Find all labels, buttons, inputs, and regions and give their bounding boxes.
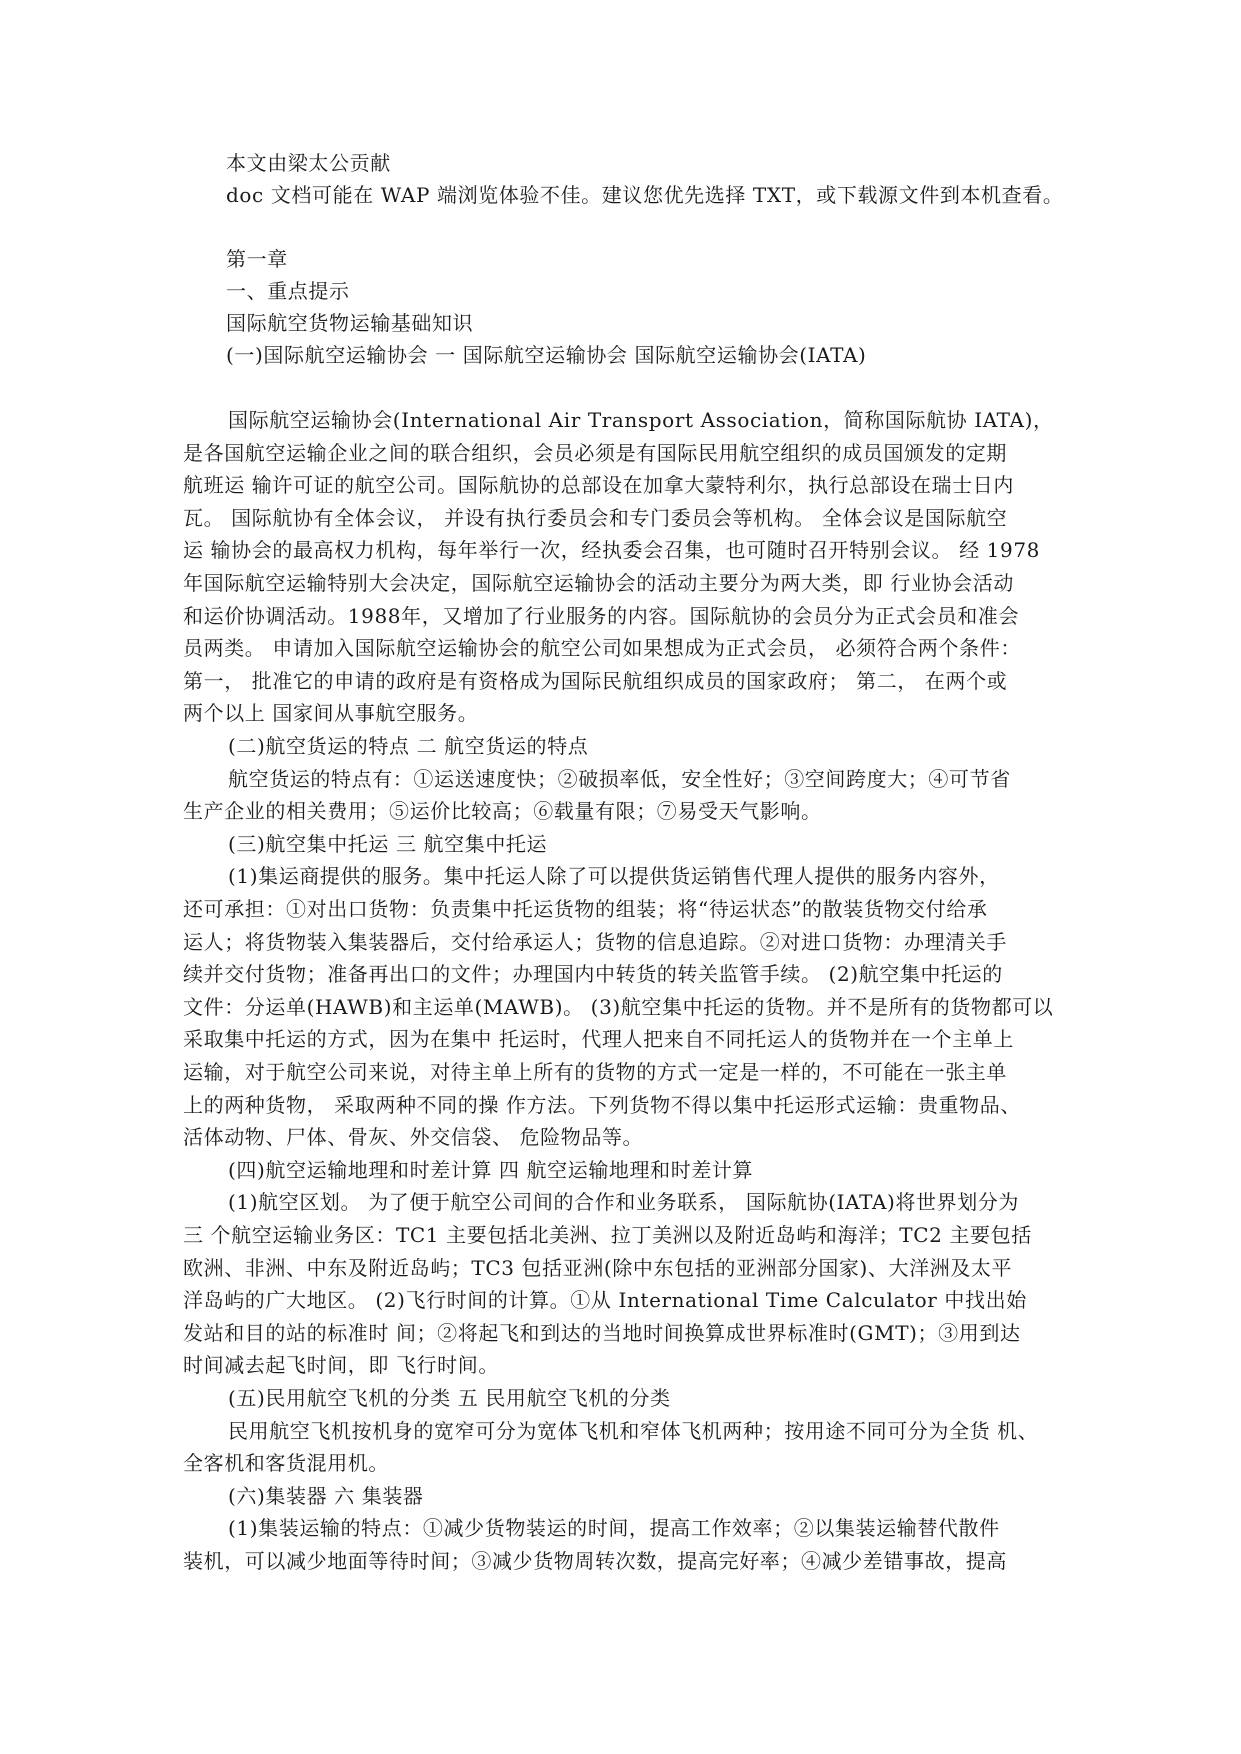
body-line: (1)航空区划。 为了便于航空公司间的合作和业务联系， 国际航协(IATA)将世… — [228, 1186, 1019, 1218]
body-line: 航空货运的特点有：①运送速度快；②破损率低，安全性好；③空间跨度大；④可节省 — [228, 763, 1011, 795]
body-line: 国际航空运输协会(International Air Transport Ass… — [228, 404, 1054, 436]
body-line: 洋岛屿的广大地区。 (2)飞行时间的计算。①从 International Ti… — [183, 1284, 1027, 1316]
body-line: 运输，对于航空公司来说，对待主单上所有的货物的方式一定是一样的，不可能在一张主单 — [183, 1056, 1007, 1088]
body-line: 欧洲、非洲、中东及附近岛屿；TC3 包括亚洲(除中东包括的亚洲部分国家)、大洋洲… — [183, 1252, 1012, 1284]
document-page: 本文由梁太公贡献 doc 文档可能在 WAP 端浏览体验不佳。建议您优先选择 T… — [0, 0, 1241, 1754]
subject-title: 国际航空货物运输基础知识 — [226, 307, 473, 339]
body-line: 年国际航空运输特别大会决定，国际航空运输协会的活动主要分为两大类，即 行业协会活… — [183, 567, 1014, 599]
body-line: 生产企业的相关费用；⑤运价比较高；⑥载量有限；⑦易受天气影响。 — [183, 795, 822, 827]
body-line: 上的两种货物， 采取两种不同的操 作方法。下列货物不得以集中托运形式运输：贵重物… — [183, 1089, 1021, 1121]
body-line: 航班运 输许可证的航空公司。国际航协的总部设在加拿大蒙特利尔，执行总部设在瑞士日… — [183, 469, 1014, 501]
body-line: 三 个航空运输业务区：TC1 主要包括北美洲、拉丁美洲以及附近岛屿和海洋；TC2… — [183, 1219, 1032, 1251]
body-line: (六)集装器 六 集装器 — [228, 1480, 424, 1512]
body-line: 是各国航空运输企业之间的联合组织，会员必须是有国际民用航空组织的成员国颁发的定期 — [183, 437, 1007, 469]
body-line: 民用航空飞机按机身的宽窄可分为宽体飞机和窄体飞机两种；按用途不同可分为全货 机、 — [228, 1415, 1038, 1447]
section-title: 一、重点提示 — [226, 275, 350, 307]
body-line: 发站和目的站的标准时 间；②将起飞和到达的当地时间换算成世界标准时(GMT)；③… — [183, 1317, 1021, 1349]
body-line: 时间减去起飞时间，即 飞行时间。 — [183, 1349, 499, 1381]
body-line: 文件：分运单(HAWB)和主运单(MAWB)。 (3)航空集中托运的货物。并不是… — [183, 991, 1053, 1023]
body-line: 运人；将货物装入集装器后，交付给承运人；货物的信息追踪。②对进口货物：办理清关手 — [183, 926, 1007, 958]
body-line: 运 输协会的最高权力机构，每年举行一次，经执委会召集，也可随时召开特别会议。 经… — [183, 534, 1040, 566]
body-line: (四)航空运输地理和时差计算 四 航空运输地理和时差计算 — [228, 1154, 753, 1186]
body-line: 续并交付货物；准备再出口的文件；办理国内中转货的转关监管手续。 (2)航空集中托… — [183, 958, 1003, 990]
body-line: 和运价协调活动。1988年，又增加了行业服务的内容。国际航协的会员分为正式会员和… — [183, 600, 1019, 632]
body-line: 装机，可以减少地面等待时间；③减少货物周转次数，提高完好率；④减少差错事故，提高 — [183, 1545, 1007, 1577]
body-line: 两个以上 国家间从事航空服务。 — [183, 697, 478, 729]
body-line: 第一， 批准它的申请的政府是有资格成为国际民航组织成员的国家政府； 第二， 在两… — [183, 665, 1007, 697]
wap-notice-line: doc 文档可能在 WAP 端浏览体验不佳。建议您优先选择 TXT，或下载源文件… — [226, 179, 1063, 211]
heading-iata: (一)国际航空运输协会 一 国际航空运输协会 国际航空运输协会(IATA) — [226, 339, 866, 371]
body-line: (二)航空货运的特点 二 航空货运的特点 — [228, 730, 588, 762]
body-line: (五)民用航空飞机的分类 五 民用航空飞机的分类 — [228, 1382, 671, 1414]
contributor-line: 本文由梁太公贡献 — [226, 147, 391, 179]
body-line: 活体动物、尸体、骨灰、外交信袋、 危险物品等。 — [183, 1121, 643, 1153]
body-line: 瓦。 国际航协有全体会议， 并设有执行委员会和专门委员会等机构。 全体会议是国际… — [183, 502, 1007, 534]
body-line: 全客机和客货混用机。 — [183, 1447, 389, 1479]
body-line: 还可承担：①对出口货物：负责集中托运货物的组装；将“待运状态”的散装货物交付给承 — [183, 893, 987, 925]
body-line: 员两类。 申请加入国际航空运输协会的航空公司如果想成为正式会员， 必须符合两个条… — [183, 632, 1021, 664]
body-line: (1)集运商提供的服务。集中托运人除了可以提供货运销售代理人提供的服务内容外， — [228, 860, 1000, 892]
body-line: (三)航空集中托运 三 航空集中托运 — [228, 828, 547, 860]
body-line: 采取集中托运的方式，因为在集中 托运时，代理人把来自不同托运人的货物并在一个主单… — [183, 1023, 1014, 1055]
body-line: (1)集装运输的特点：①减少货物装运的时间，提高工作效率；②以集装运输替代散件 — [228, 1512, 1000, 1544]
chapter-title: 第一章 — [226, 243, 288, 275]
